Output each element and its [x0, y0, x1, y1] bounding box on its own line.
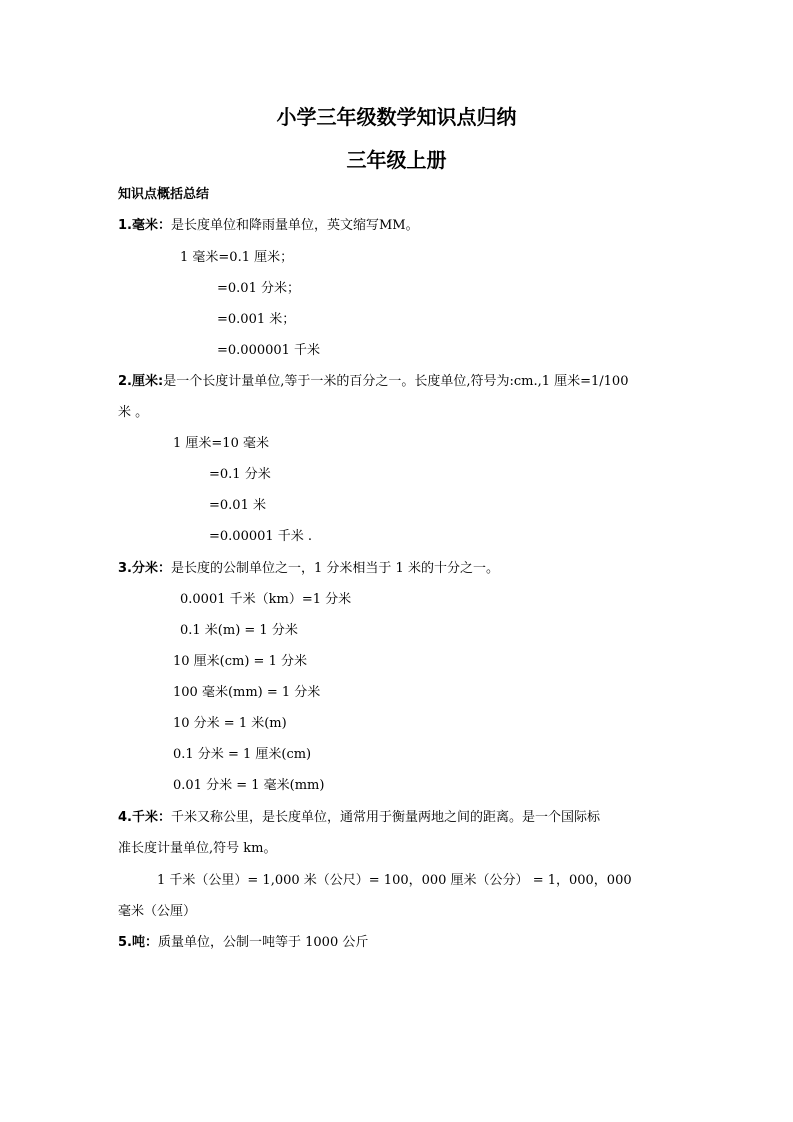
- item-1-conversion: =0.001 米；: [217, 311, 295, 329]
- item-3-definition: 是长度的公制单位之一，1 分米相当于 1 米的十分之一。: [171, 561, 499, 576]
- item-5-number: 5.: [118, 935, 132, 950]
- item-1-term: 毫米：: [132, 218, 171, 233]
- item-3-conversion: 100 毫米(mm) = 1 分米: [173, 684, 320, 702]
- item-1-number: 1.: [118, 218, 132, 233]
- item-3-paragraph: 3.分米：是长度的公制单位之一，1 分米相当于 1 米的十分之一。: [118, 560, 499, 578]
- item-1-conversion: =0.000001 千米: [217, 342, 320, 360]
- item-3-conversion: 10 分米 = 1 米(m): [173, 715, 287, 733]
- document-page: 小学三年级数学知识点归纳 三年级上册 知识点概括总结 1.毫米：是长度单位和降雨…: [0, 0, 793, 1122]
- item-2-conversion: 1 厘米=10 毫米: [173, 435, 269, 453]
- item-3-conversion: 0.01 分米 = 1 毫米(mm): [173, 777, 324, 795]
- item-4-conversion: 毫米（公厘）: [118, 903, 196, 921]
- item-4-definition: 千米又称公里，是长度单位，通常用于衡量两地之间的距离。是一个国际标: [171, 810, 600, 825]
- item-1-conversion: 1 毫米=0.1 厘米；: [180, 249, 293, 267]
- item-5-definition: 质量单位，公制一吨等于 1000 公斤: [158, 935, 368, 950]
- item-4-number: 4.: [118, 810, 132, 825]
- item-2-definition: 是一个长度计量单位,等于一米的百分之一。长度单位,符号为:cm.,1 厘米=1/…: [163, 374, 628, 389]
- document-title: 小学三年级数学知识点归纳: [0, 104, 793, 130]
- item-4-conversion: 1 千米（公里）= 1,000 米（公尺）= 100，000 厘米（公分） = …: [157, 872, 632, 890]
- item-3-conversion: 0.1 米(m) = 1 分米: [180, 622, 298, 640]
- item-5-paragraph: 5.吨：质量单位，公制一吨等于 1000 公斤: [118, 934, 368, 952]
- item-2-conversion: =0.1 分米: [209, 466, 271, 484]
- item-3-conversion: 0.1 分米 = 1 厘米(cm): [173, 746, 311, 764]
- item-3-conversion: 0.0001 千米（km）=1 分米: [180, 591, 351, 609]
- item-1-conversion: =0.01 分米；: [217, 280, 300, 298]
- item-2-paragraph: 2.厘米:是一个长度计量单位,等于一米的百分之一。长度单位,符号为:cm.,1 …: [118, 373, 628, 391]
- item-3-number: 3.: [118, 561, 132, 576]
- item-2-definition-cont: 米 。: [118, 404, 148, 422]
- item-4-term: 千米：: [132, 810, 171, 825]
- item-2-conversion: =0.00001 千米 .: [209, 528, 312, 546]
- item-3-term: 分米：: [132, 561, 171, 576]
- item-3-conversion: 10 厘米(cm) = 1 分米: [173, 653, 307, 671]
- item-4-paragraph: 4.千米：千米又称公里，是长度单位，通常用于衡量两地之间的距离。是一个国际标: [118, 809, 600, 827]
- item-4-definition-cont: 准长度计量单位,符号 km。: [118, 840, 276, 858]
- item-2-term: 厘米:: [132, 374, 163, 389]
- document-subtitle: 三年级上册: [0, 147, 793, 173]
- item-5-term: 吨：: [132, 935, 158, 950]
- item-1-paragraph: 1.毫米：是长度单位和降雨量单位，英文缩写MM。: [118, 217, 419, 235]
- section-heading: 知识点概括总结: [118, 186, 209, 204]
- item-1-definition: 是长度单位和降雨量单位，英文缩写MM。: [171, 218, 419, 233]
- item-2-number: 2.: [118, 374, 132, 389]
- item-2-conversion: =0.01 米: [209, 497, 266, 515]
